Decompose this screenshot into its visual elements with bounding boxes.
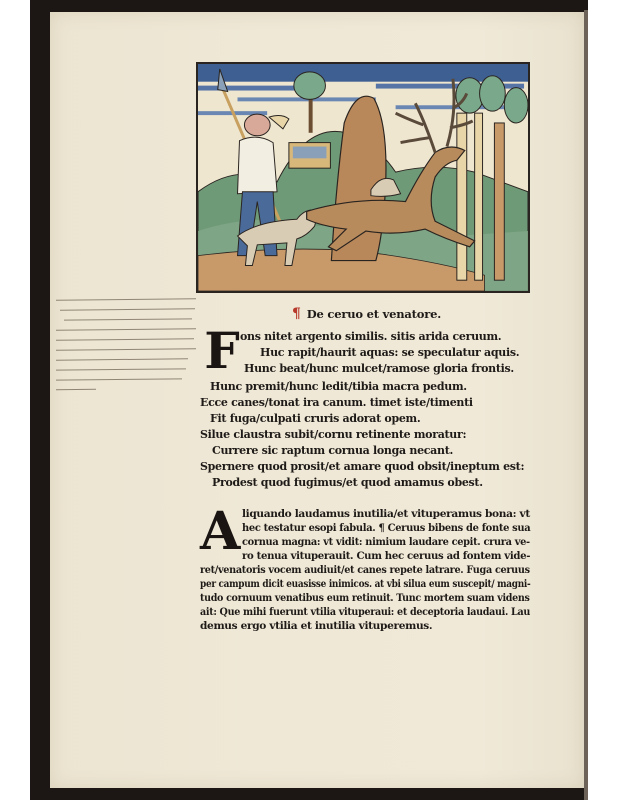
verse-line: Fit fuga/culpati cruris adorat opem.	[210, 412, 420, 425]
marginalia-line	[60, 308, 195, 311]
marginalia-line	[64, 318, 192, 321]
woodcut-illustration	[196, 62, 530, 293]
prose-line: liquando laudamus inutilia/et vituperamu…	[242, 508, 530, 520]
prose-line: hec testatur esopi fabula. ¶ Ceruus bibe…	[242, 522, 530, 534]
verse-line: Hunc premit/hunc ledit/tibia macra pedum…	[210, 380, 467, 393]
verse-line: Silue claustra subit/cornu retinente mor…	[200, 428, 466, 441]
page-edge	[584, 10, 588, 800]
prose-line: per campum dicit euasisse inimicos. at v…	[200, 578, 530, 590]
verse-line: ons nitet argento similis. sitis arida c…	[240, 330, 501, 343]
marginalia-line	[56, 328, 196, 331]
verse-line: Hunc beat/hunc mulcet/ramose gloria fron…	[244, 362, 514, 375]
prose-line: demus ergo vtilia et inutilia vituperemu…	[200, 620, 432, 632]
fable-heading: ¶De ceruo et venatore.	[292, 306, 441, 322]
handwritten-marginalia	[56, 293, 204, 403]
rubric-pilcrow: ¶	[292, 306, 301, 322]
heading-title: De ceruo et venatore.	[307, 307, 441, 321]
verse-line: Prodest quod fugimus/et quod amamus obes…	[212, 476, 483, 489]
verse-line: Huc rapit/haurit aquas: se speculatur aq…	[260, 346, 519, 359]
prose-line: ro tenua vituperauit. Cum hec ceruus ad …	[242, 550, 530, 562]
prose-line: ait: Que mihi fuerunt vtilia vituperaui:…	[200, 606, 530, 618]
marginalia-line	[56, 358, 188, 361]
decorated-initial-a: A	[200, 506, 240, 560]
marginalia-line	[56, 368, 186, 371]
prose-line: tudo cornuum venatibus eum retinuit. Tun…	[200, 592, 530, 604]
prose-line: cornua magna: vt vidit: nimium laudare c…	[242, 536, 530, 548]
marginalia-line	[56, 338, 194, 341]
stag-and-hunter-woodcut	[198, 64, 528, 291]
verse-line: Spernere quod prosit/et amare quod obsit…	[200, 460, 524, 473]
decorated-initial-f: F	[204, 326, 240, 382]
prose-line: ret/venatoris vocem audiuit/et canes rep…	[200, 564, 530, 576]
marginalia-line	[56, 389, 96, 391]
verse-line: Ecce canes/tonat ira canum. timet iste/t…	[200, 396, 473, 409]
verse-line: Currere sic raptum cornua longa necant.	[212, 444, 453, 457]
marginalia-line	[56, 378, 182, 381]
marginalia-line	[56, 348, 196, 351]
marginalia-line	[56, 298, 196, 301]
